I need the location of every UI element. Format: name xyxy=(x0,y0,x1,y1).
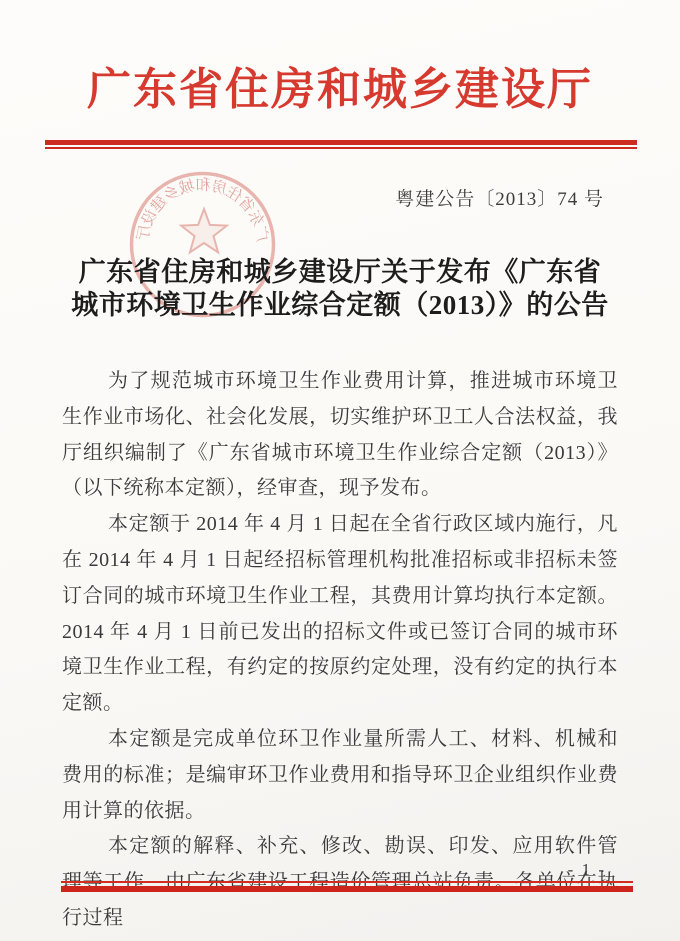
header-rule-thick-line xyxy=(45,140,637,145)
page-number: - 1 - xyxy=(568,860,606,880)
seal-star-icon xyxy=(181,209,227,252)
header-rule-thin-line xyxy=(45,147,637,149)
agency-header: 广东省住房和城乡建设厅 xyxy=(0,66,680,114)
document-title: 广东省住房和城乡建设厅关于发布《广东省 城市环境卫生作业综合定额（2013）》的… xyxy=(50,256,630,322)
document-number: 粤建公告〔2013〕74 号 xyxy=(395,184,604,211)
title-line-2: 城市环境卫生作业综合定额（2013）》的公告 xyxy=(50,289,630,322)
paragraph-1: 为了规范城市环境卫生作业费用计算，推进城市环境卫生作业市场化、社会化发展，切实维… xyxy=(62,364,618,507)
paragraph-2: 本定额于 2014 年 4 月 1 日起在全省行政区域内施行，凡在 2014 年… xyxy=(62,507,618,722)
document-page: 广东省住房和城乡建设厅 粤建公告〔2013〕74 号 广东省住房和城乡建设厅 广… xyxy=(0,0,680,941)
footer-rule-thick-line xyxy=(61,886,633,892)
document-body: 为了规范城市环境卫生作业费用计算，推进城市环境卫生作业市场化、社会化发展，切实维… xyxy=(62,364,618,937)
footer-rule xyxy=(61,881,633,892)
footer-rule-thin-line xyxy=(61,881,633,883)
header-rule xyxy=(45,140,637,149)
paragraph-3: 本定额是完成单位环卫作业量所需人工、材料、机械和费用的标准；是编审环卫作业费用和… xyxy=(62,722,618,829)
title-line-1: 广东省住房和城乡建设厅关于发布《广东省 xyxy=(50,256,630,289)
